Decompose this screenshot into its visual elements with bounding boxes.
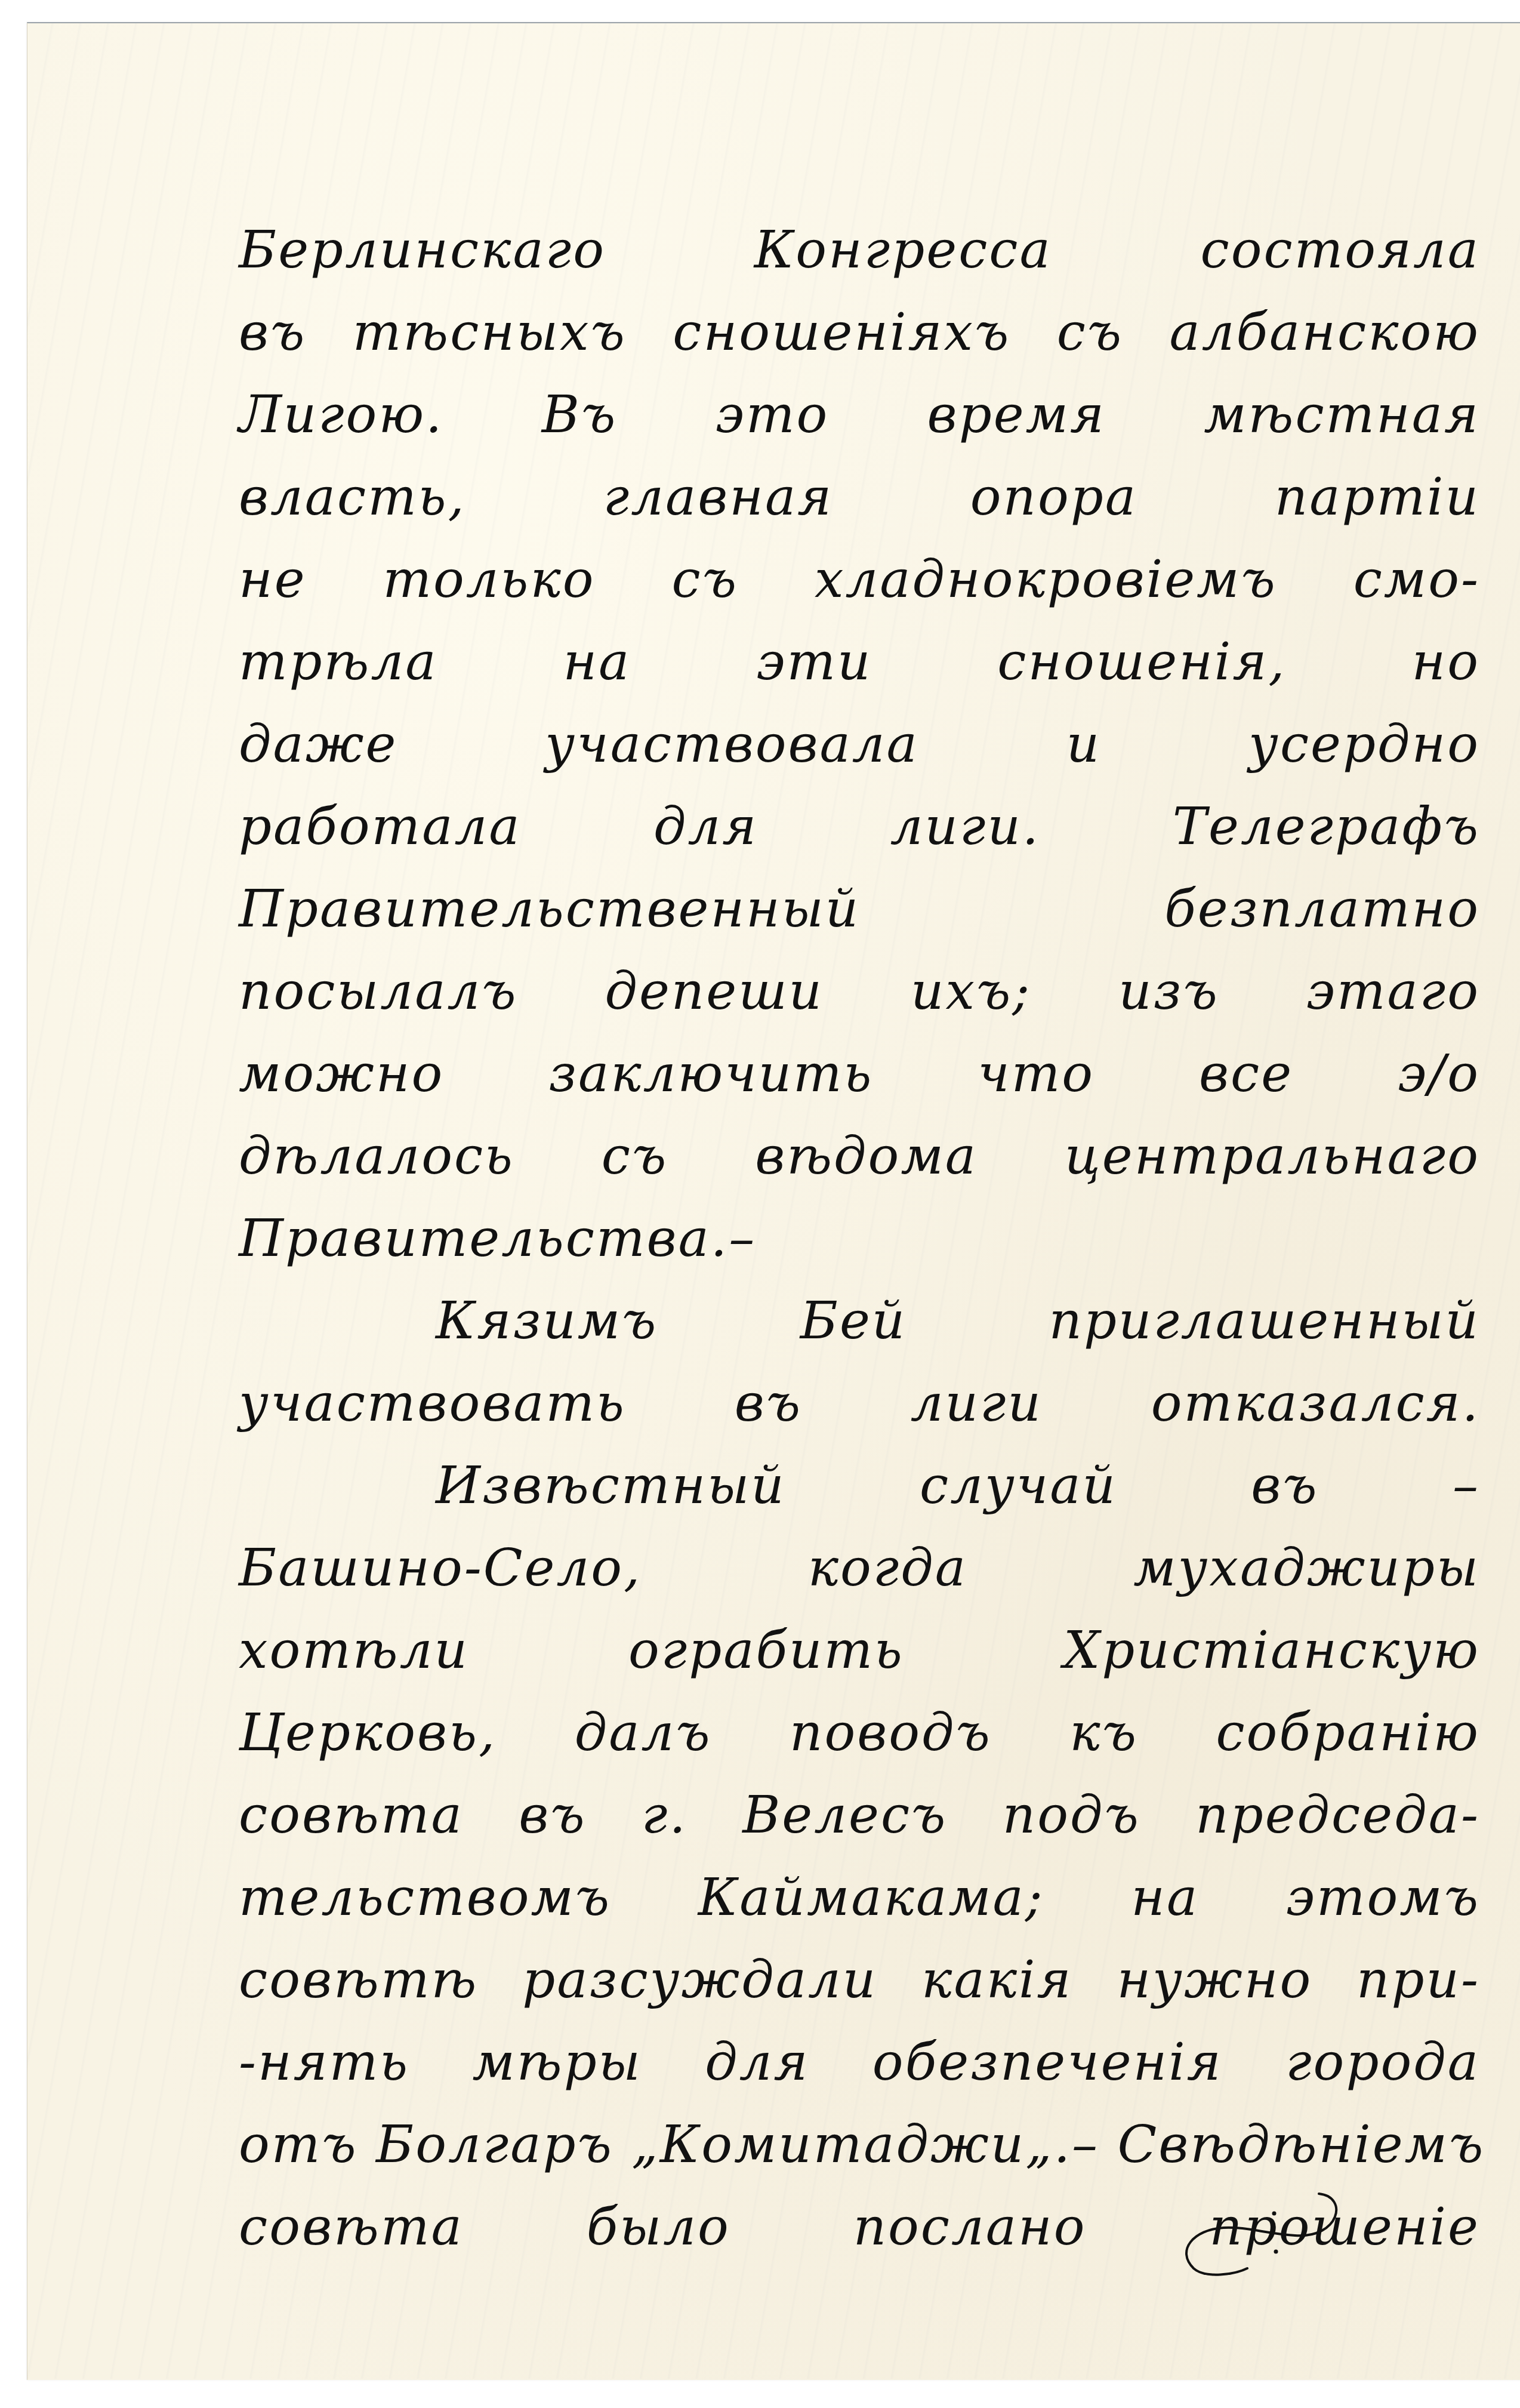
text-line-4: власть, главная опора партiи xyxy=(239,456,1480,538)
text-line-10: посылалъ депеши ихъ; изъ этаго xyxy=(239,950,1480,1033)
text-line-20: совѣта въ г. Велесъ подъ председа- xyxy=(239,1774,1480,1856)
text-line-15: участвовать въ лиги отказался. xyxy=(239,1362,1480,1445)
text-line-17: Башино-Село, когда мухаджиры xyxy=(239,1527,1480,1609)
text-line-8: работала для лиги. Телеграфъ xyxy=(239,786,1480,868)
text-line-23: -нять мѣры для обезпеченiя города xyxy=(239,2021,1480,2104)
text-line-5: не только съ хладнокровiемъ смо- xyxy=(239,538,1480,621)
text-line-14-paragraph-start: Кязимъ Бей приглашенный xyxy=(239,1280,1480,1362)
text-line-11: можно заключить что все э/о xyxy=(239,1033,1480,1115)
text-line-6: трѣла на эти сношенiя, но xyxy=(239,621,1480,703)
manuscript-text: Берлинскаго Конгресса состояла въ тѣсных… xyxy=(239,209,1480,2268)
text-line-2: въ тѣсныхъ сношенiяхъ съ албанскою xyxy=(239,291,1480,374)
text-line-9: Правительственный безплатно xyxy=(239,868,1480,950)
text-line-18: хотѣли ограбить Христiанскую xyxy=(239,1609,1480,1692)
text-line-12: дѣлалось съ вѣдома центральнаго xyxy=(239,1115,1480,1197)
closing-flourish-icon xyxy=(1170,2185,1349,2280)
text-line-24: отъ Болгаръ „Комитаджи„.– Свѣдѣнiемъ xyxy=(239,2104,1480,2186)
text-line-22: совѣтѣ разсуждали какiя нужно при- xyxy=(239,1939,1480,2021)
text-line-21: тельствомъ Каймакама; на этомъ xyxy=(239,1856,1480,1939)
text-line-19: Церковь, далъ поводъ къ собранiю xyxy=(239,1692,1480,1774)
text-line-7: даже участвовала и усердно xyxy=(239,703,1480,786)
text-line-16-paragraph-start: Извѣстный случай въ – xyxy=(239,1445,1480,1527)
text-line-3: Лигою. Въ это время мѣстная xyxy=(239,374,1480,456)
text-line-13: Правительства.– xyxy=(239,1197,1480,1280)
text-line-1: Берлинскаго Конгресса состояла xyxy=(239,209,1480,291)
